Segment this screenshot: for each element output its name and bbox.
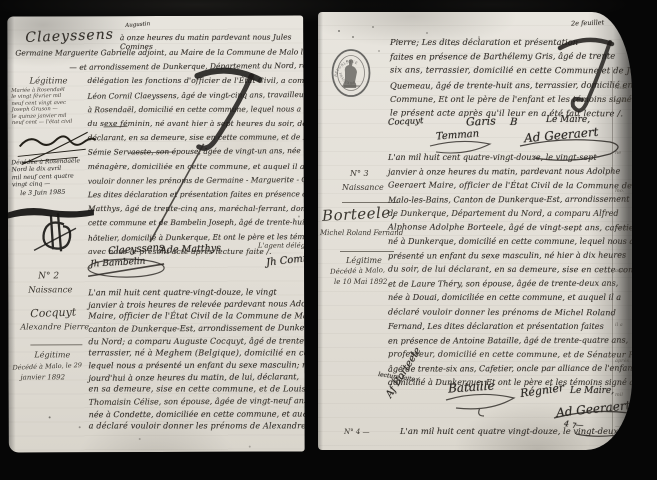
act4-first-line: L'an mil huit cent quatre vingt-douze, l… (400, 426, 618, 436)
margin-death-note-act3-l1: Décédé à Malo, (330, 266, 385, 276)
large-ink-paraph (137, 52, 263, 247)
edge-fragment: ans (615, 268, 624, 274)
manuscript-line: née à Douai, domiciliée en cette commune… (388, 290, 632, 304)
register-left-page: Augustin Claeyssens à onze heures du mat… (7, 15, 305, 452)
margin-given-names-2: Alexandre Pierre (20, 322, 89, 331)
signature-flourish (440, 388, 522, 420)
edge-fragment: heures (615, 225, 632, 231)
margin-surname-cocquyt: Cocquyt (30, 305, 76, 320)
manuscript-line: Maire, officier de l'État Civil de la Co… (88, 310, 304, 322)
signature-father-act2: Cocquyt (388, 116, 424, 128)
edge-fragment: vous (615, 98, 627, 104)
margin-act-number-4: N° 4 — (344, 428, 370, 436)
signature-witness1-act2: Garis (466, 114, 496, 128)
manuscript-line: en sa demeure, sise en cette commune, et… (89, 383, 305, 395)
act2-text-block: L'an mil huit cent quatre-vingt-douze, l… (88, 285, 305, 432)
manuscript-line: Fernand, Les dites déclaration et présen… (388, 319, 632, 333)
edge-fragment: nous (615, 85, 627, 91)
manuscript-line: a déclaré vouloir donner les prénoms de … (89, 419, 305, 431)
manuscript-line: terrassier, né à Meghem (Belgique), domi… (88, 347, 304, 359)
edge-fragment: après (615, 358, 629, 364)
margin-death-note-act2-l1: Décédé à Malo, le 29 (12, 361, 82, 372)
manuscript-line: âgé de trente-six ans, Cafetier, oncle p… (388, 360, 632, 375)
margin-legitime-act1: Légitime (29, 76, 67, 86)
manuscript-line: du soir, de lui déclarant, en sa demeure… (388, 262, 632, 277)
outer-margin-rule (612, 67, 613, 447)
manuscript-line: de Dunkerque, Département du Nord, a com… (388, 206, 632, 220)
manuscript-line: Alphonse Adolphe Borteele, âgé de vingt-… (388, 220, 632, 235)
margin-marriage-note: Mariée à Rosendaëlle vingt février milne… (11, 87, 72, 127)
ink-blot-marks (7, 188, 98, 254)
signature-oval-flourish (84, 254, 170, 282)
paper-specks (49, 416, 51, 418)
mayor-label-act3: Le Maire, (570, 386, 614, 396)
paper-specks (338, 30, 340, 32)
margin-death-note-act3-l2: le 10 Mai 1892 (334, 278, 387, 286)
manuscript-line: Thomaisin Célise, son épouse, âgée de vi… (89, 394, 305, 408)
manuscript-line: canton de Dunkerque-Est, arrondissement … (88, 321, 304, 335)
edge-fragment: ne (615, 150, 621, 156)
edge-fragment: il a (615, 322, 623, 328)
margin-separator-rule (30, 344, 82, 345)
death-note-line: vingt cinq — (12, 179, 81, 188)
manuscript-line: L'an mil huit cent quatre-vingt-douze, l… (388, 150, 632, 164)
manuscript-line: Geeraert Maire, officier de l'État Civil… (388, 178, 632, 193)
manuscript-line: né à Dunkerque, domicilié en cette commu… (388, 234, 632, 248)
margin-act-number-3: N° 3 (350, 169, 369, 178)
edge-fragment: — (615, 424, 620, 430)
manuscript-line: janvier à onze heures du matin, pardevan… (388, 163, 632, 178)
republique-francaise-stamp: RÉPUBLIQUE FRANÇAISE (330, 46, 372, 100)
margin-death-note-act2-l2: janvier 1892 (20, 373, 65, 381)
mayor-label-act2: Le Maire, (546, 115, 590, 125)
manuscript-line: déclaré vouloir donner les prénoms de Mi… (388, 304, 632, 319)
manuscript-line: lequel nous a présenté un enfant du sexe… (88, 358, 304, 371)
manuscript-line: du Nord; a comparu Auguste Cocquyt, âgé … (88, 334, 304, 347)
edge-fragment: mil (615, 392, 623, 398)
edge-margin-fragments: nousvousnemo.heuresansil aaprèsmil— (615, 12, 632, 450)
manuscript-line: en présence de Antoine Bataille, âgé de … (388, 332, 632, 347)
manuscript-line: née à Condette, domiciliée en cette comm… (89, 407, 305, 420)
register-right-page: 2e feuillet RÉPUBLIQUE FRANÇAISE Pierre;… (318, 12, 632, 450)
manuscript-line: Malo-les-Bains, Canton de Dunkerque-Est,… (388, 191, 632, 206)
manuscript-line: et de Laure Théry, son épouse, âgée de t… (388, 276, 632, 291)
margin-legitime-act2: Légitime (34, 350, 70, 359)
edge-fragment: mo. (615, 188, 624, 194)
margin-legitime-act3: Légitime (346, 256, 382, 265)
manuscript-line: professeur, domicilié en cette commune, … (388, 346, 632, 361)
act3-text-block: L'an mil huit cent quatre-vingt-douze, l… (388, 150, 632, 389)
agent-delegate-label: L'agent délégué (258, 241, 305, 249)
margin-surname-borteele: Borteele, (322, 203, 397, 225)
act1-opening-name: Claeyssens (25, 27, 114, 46)
margin-act-type-3: Naissance (342, 183, 384, 192)
large-ink-paraph (552, 22, 620, 122)
margin-act-number-2: N° 2 (38, 271, 59, 281)
margin-act-type-2: Naissance (28, 285, 72, 295)
margin-separator-rule (340, 251, 394, 252)
signature-witness1-paraph: B (510, 117, 518, 128)
manuscript-line: L'an mil huit cent quatre-vingt-douze, l… (88, 285, 305, 298)
